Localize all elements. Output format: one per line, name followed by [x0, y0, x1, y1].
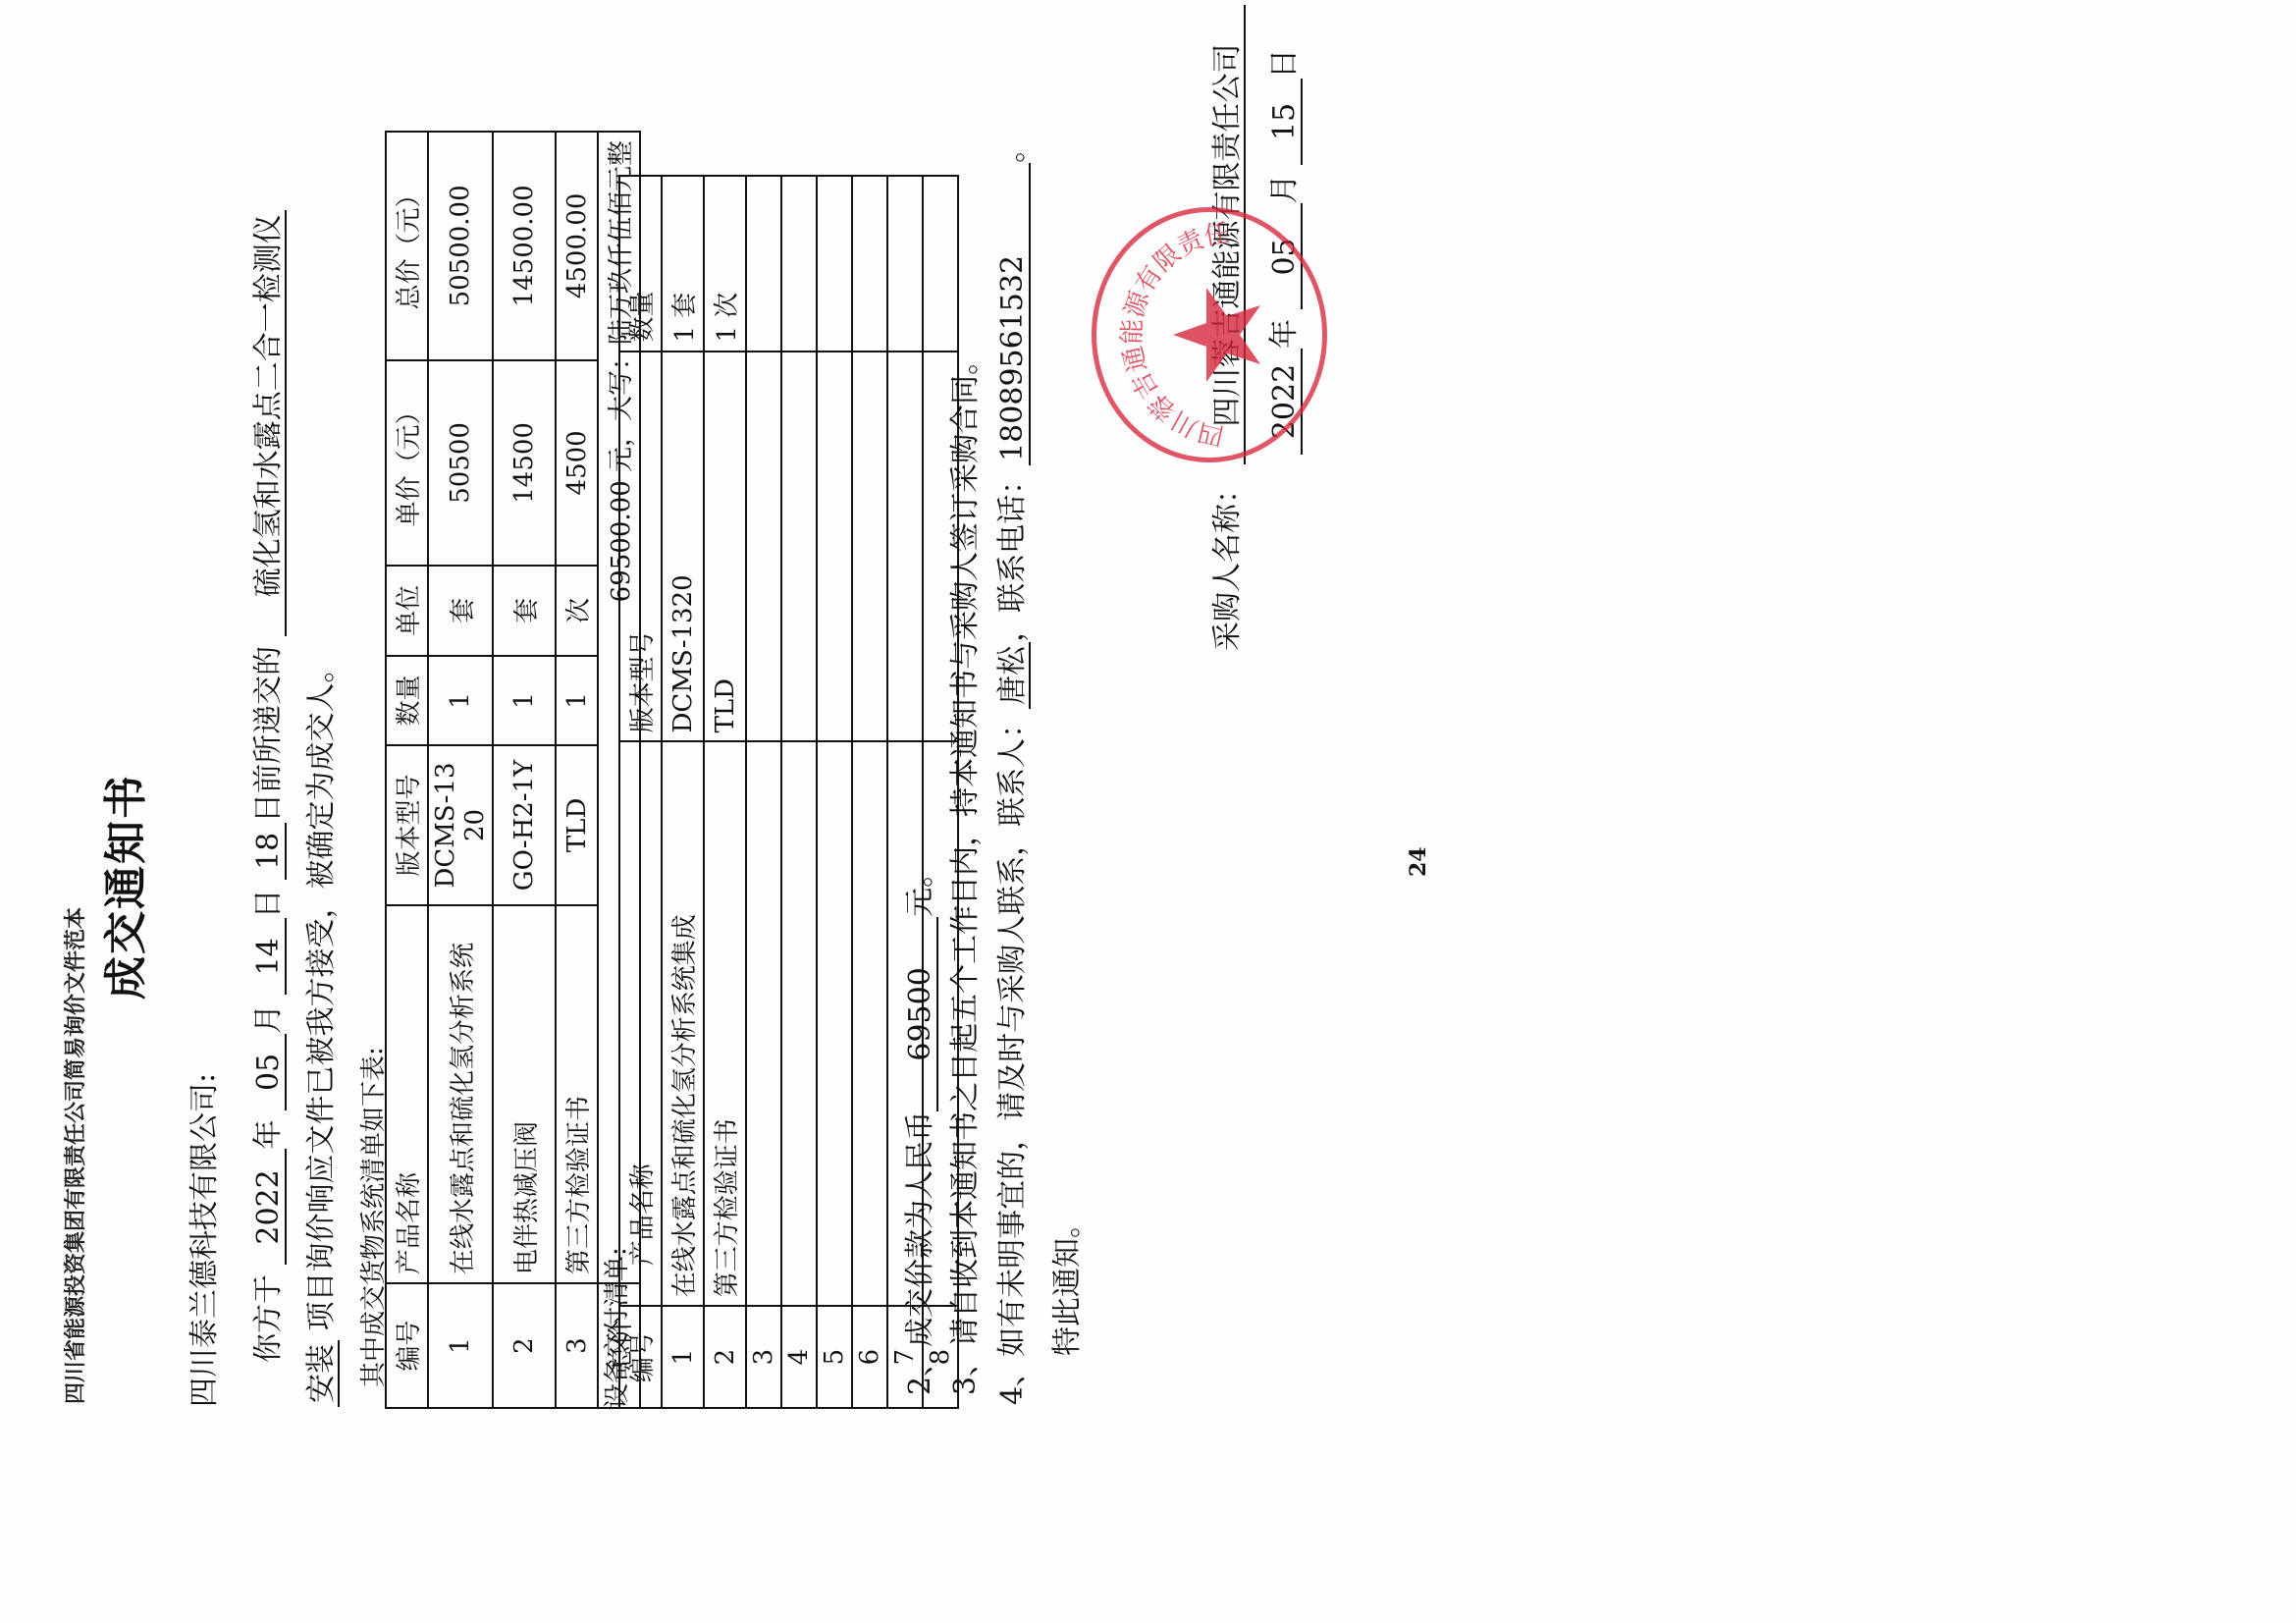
goods-cell-no: 2	[493, 1283, 556, 1408]
notice-paragraph-line1: 你方于 2022年 05月 14日 18日前所递交的 硫化氢和水露点二合一检测仪	[243, 210, 287, 1363]
document-page: 四川省能源投资集团有限责任公司简易询价文件范本 成交通知书 四川泰兰德科技有限公…	[0, 0, 2296, 1623]
goods-cell-name: 电伴热减压阀	[493, 905, 556, 1284]
delivery-table-header-cell: 编号	[619, 1306, 662, 1408]
goods-cell-total: 50500.00	[428, 132, 493, 360]
recipient-greeting: 四川泰兰德科技有限公司:	[180, 1073, 223, 1407]
deadline-day: 18	[252, 823, 287, 880]
delivery-cell-name: 在线水露点和硫化氢分析系统集成	[662, 741, 704, 1306]
delivery-cell-name	[781, 741, 817, 1306]
delivery-cell-qty	[781, 176, 817, 352]
delivery-cell-model	[887, 352, 923, 742]
delivery-cell-name: 第三方检验证书	[704, 741, 746, 1306]
table-row: 2第三方检验证书TLD1 次	[704, 176, 746, 1408]
goods-table-header-row: 编号产品名称版本型号数量单位单价（元）总价（元）	[386, 132, 428, 1408]
contract-amount: 69500	[904, 917, 938, 1111]
page-number: 24	[1406, 846, 1431, 877]
goods-table-header-cell: 总价（元）	[386, 132, 428, 360]
table-row: 3	[746, 176, 781, 1408]
delivery-cell-qty	[852, 176, 887, 352]
goods-cell-unit_price: 4500	[556, 360, 598, 566]
delivery-cell-model: DCMS-1320	[662, 352, 704, 742]
goods-cell-unit: 套	[493, 566, 556, 656]
goods-cell-qty: 1	[493, 656, 556, 746]
table-row: 3第三方检验证书TLD1次45004500.00	[556, 132, 598, 1408]
delivery-cell-no: 4	[781, 1306, 817, 1408]
clause-contract: 3、请自收到本通知书之日起五个工作日内，持本通知书与采购人签订采购合同。	[940, 346, 984, 1395]
delivery-cell-model	[852, 352, 887, 742]
goods-cell-model: GO-H2-1Y	[493, 745, 556, 904]
delivery-cell-no: 3	[746, 1306, 781, 1408]
table-row: 1在线水露点和硫化氢分析系统DCMS-13201套5050050500.00	[428, 132, 493, 1408]
signature-date: 2022年 05月 15日	[1259, 49, 1303, 455]
goods-cell-total: 4500.00	[556, 132, 598, 360]
delivery-table-header-cell: 产品名称	[619, 741, 662, 1306]
contact-person: 唐松	[996, 642, 1031, 709]
goods-cell-total: 14500.00	[493, 132, 556, 360]
table-row: 5	[817, 176, 852, 1408]
notice-paragraph-line2: 安装 项目询价响应文件已被我方接受，被确定为成交人。	[296, 653, 340, 1407]
goods-cell-name: 在线水露点和硫化氢分析系统	[428, 905, 493, 1284]
goods-table-header-cell: 单位	[386, 566, 428, 656]
delivery-cell-qty: 1 次	[704, 176, 746, 352]
document-series-header: 四川省能源投资集团有限责任公司简易询价文件范本	[59, 907, 89, 1404]
delivery-cell-model	[817, 352, 852, 742]
table-row: 4	[781, 176, 817, 1408]
goods-cell-unit: 次	[556, 566, 598, 656]
delivery-cell-model	[746, 352, 781, 742]
project-name-continued: 安装	[305, 1340, 340, 1407]
delivery-cell-name	[852, 741, 887, 1306]
goods-cell-model: DCMS-1320	[428, 745, 493, 904]
goods-table-header-cell: 版本型号	[386, 745, 428, 904]
table-row: 2电伴热减压阀GO-H2-1Y1套1450014500.00	[493, 132, 556, 1408]
page-title: 成交通知书	[90, 150, 153, 1623]
bid-day: 14	[252, 918, 287, 995]
project-name: 硫化氢和水露点二合一检测仪	[252, 210, 287, 636]
bid-month: 05	[252, 1034, 287, 1110]
delivery-cell-qty	[746, 176, 781, 352]
table-row: 1在线水露点和硫化氢分析系统集成DCMS-13201 套	[662, 176, 704, 1408]
goods-cell-name: 第三方检验证书	[556, 905, 598, 1284]
delivery-cell-no: 6	[852, 1306, 887, 1408]
goods-cell-model: TLD	[556, 745, 598, 904]
goods-cell-no: 3	[556, 1283, 598, 1408]
closing-text: 特此通知。	[1042, 1209, 1086, 1356]
delivery-cell-qty	[887, 176, 923, 352]
delivery-cell-model: TLD	[704, 352, 746, 742]
delivery-cell-no: 5	[817, 1306, 852, 1408]
delivery-cell-qty	[817, 176, 852, 352]
goods-cell-unit_price: 14500	[493, 360, 556, 566]
clause-price: 2、成交价款为人民币69500元。	[895, 858, 938, 1395]
delivery-table-header-cell: 版本型号	[619, 352, 662, 742]
delivery-cell-no: 2	[704, 1306, 746, 1408]
clause-contact: 4、如有未明事宜的，请及时与采购人联系，联系人：唐松，联系电话：18089561…	[988, 134, 1031, 1405]
delivery-cell-qty: 1 套	[662, 176, 704, 352]
delivery-table-header-row: 编号产品名称版本型号数量	[619, 176, 662, 1408]
contact-phone: 18089561532	[996, 163, 1031, 465]
delivery-cell-name	[746, 741, 781, 1306]
goods-cell-no: 1	[428, 1283, 493, 1408]
goods-cell-qty: 1	[556, 656, 598, 746]
goods-table: 编号产品名称版本型号数量单位单价（元）总价（元）1在线水露点和硫化氢分析系统DC…	[385, 131, 641, 1409]
purchaser-signature-line: 采购人名称： 四川蓉吉通能源有限责任公司 （盖章）	[1202, 0, 1246, 651]
table-row: 6	[852, 176, 887, 1408]
delivery-cell-no: 1	[662, 1306, 704, 1408]
goods-table-header-cell: 编号	[386, 1283, 428, 1408]
bid-year: 2022	[252, 1149, 287, 1265]
purchaser-name: 四川蓉吉通能源有限责任公司	[1211, 5, 1246, 464]
goods-table-header-cell: 数量	[386, 656, 428, 746]
goods-table-header-cell: 单价（元）	[386, 360, 428, 566]
goods-table-header-cell: 产品名称	[386, 905, 428, 1284]
goods-cell-qty: 1	[428, 656, 493, 746]
purchaser-label: 采购人名称：	[1210, 474, 1245, 651]
goods-cell-unit: 套	[428, 566, 493, 656]
delivery-cell-name	[817, 741, 852, 1306]
delivery-cell-model	[781, 352, 817, 742]
delivery-table-header-cell: 数量	[619, 176, 662, 352]
delivery-cell-qty	[923, 176, 958, 352]
goods-cell-unit_price: 50500	[428, 360, 493, 566]
